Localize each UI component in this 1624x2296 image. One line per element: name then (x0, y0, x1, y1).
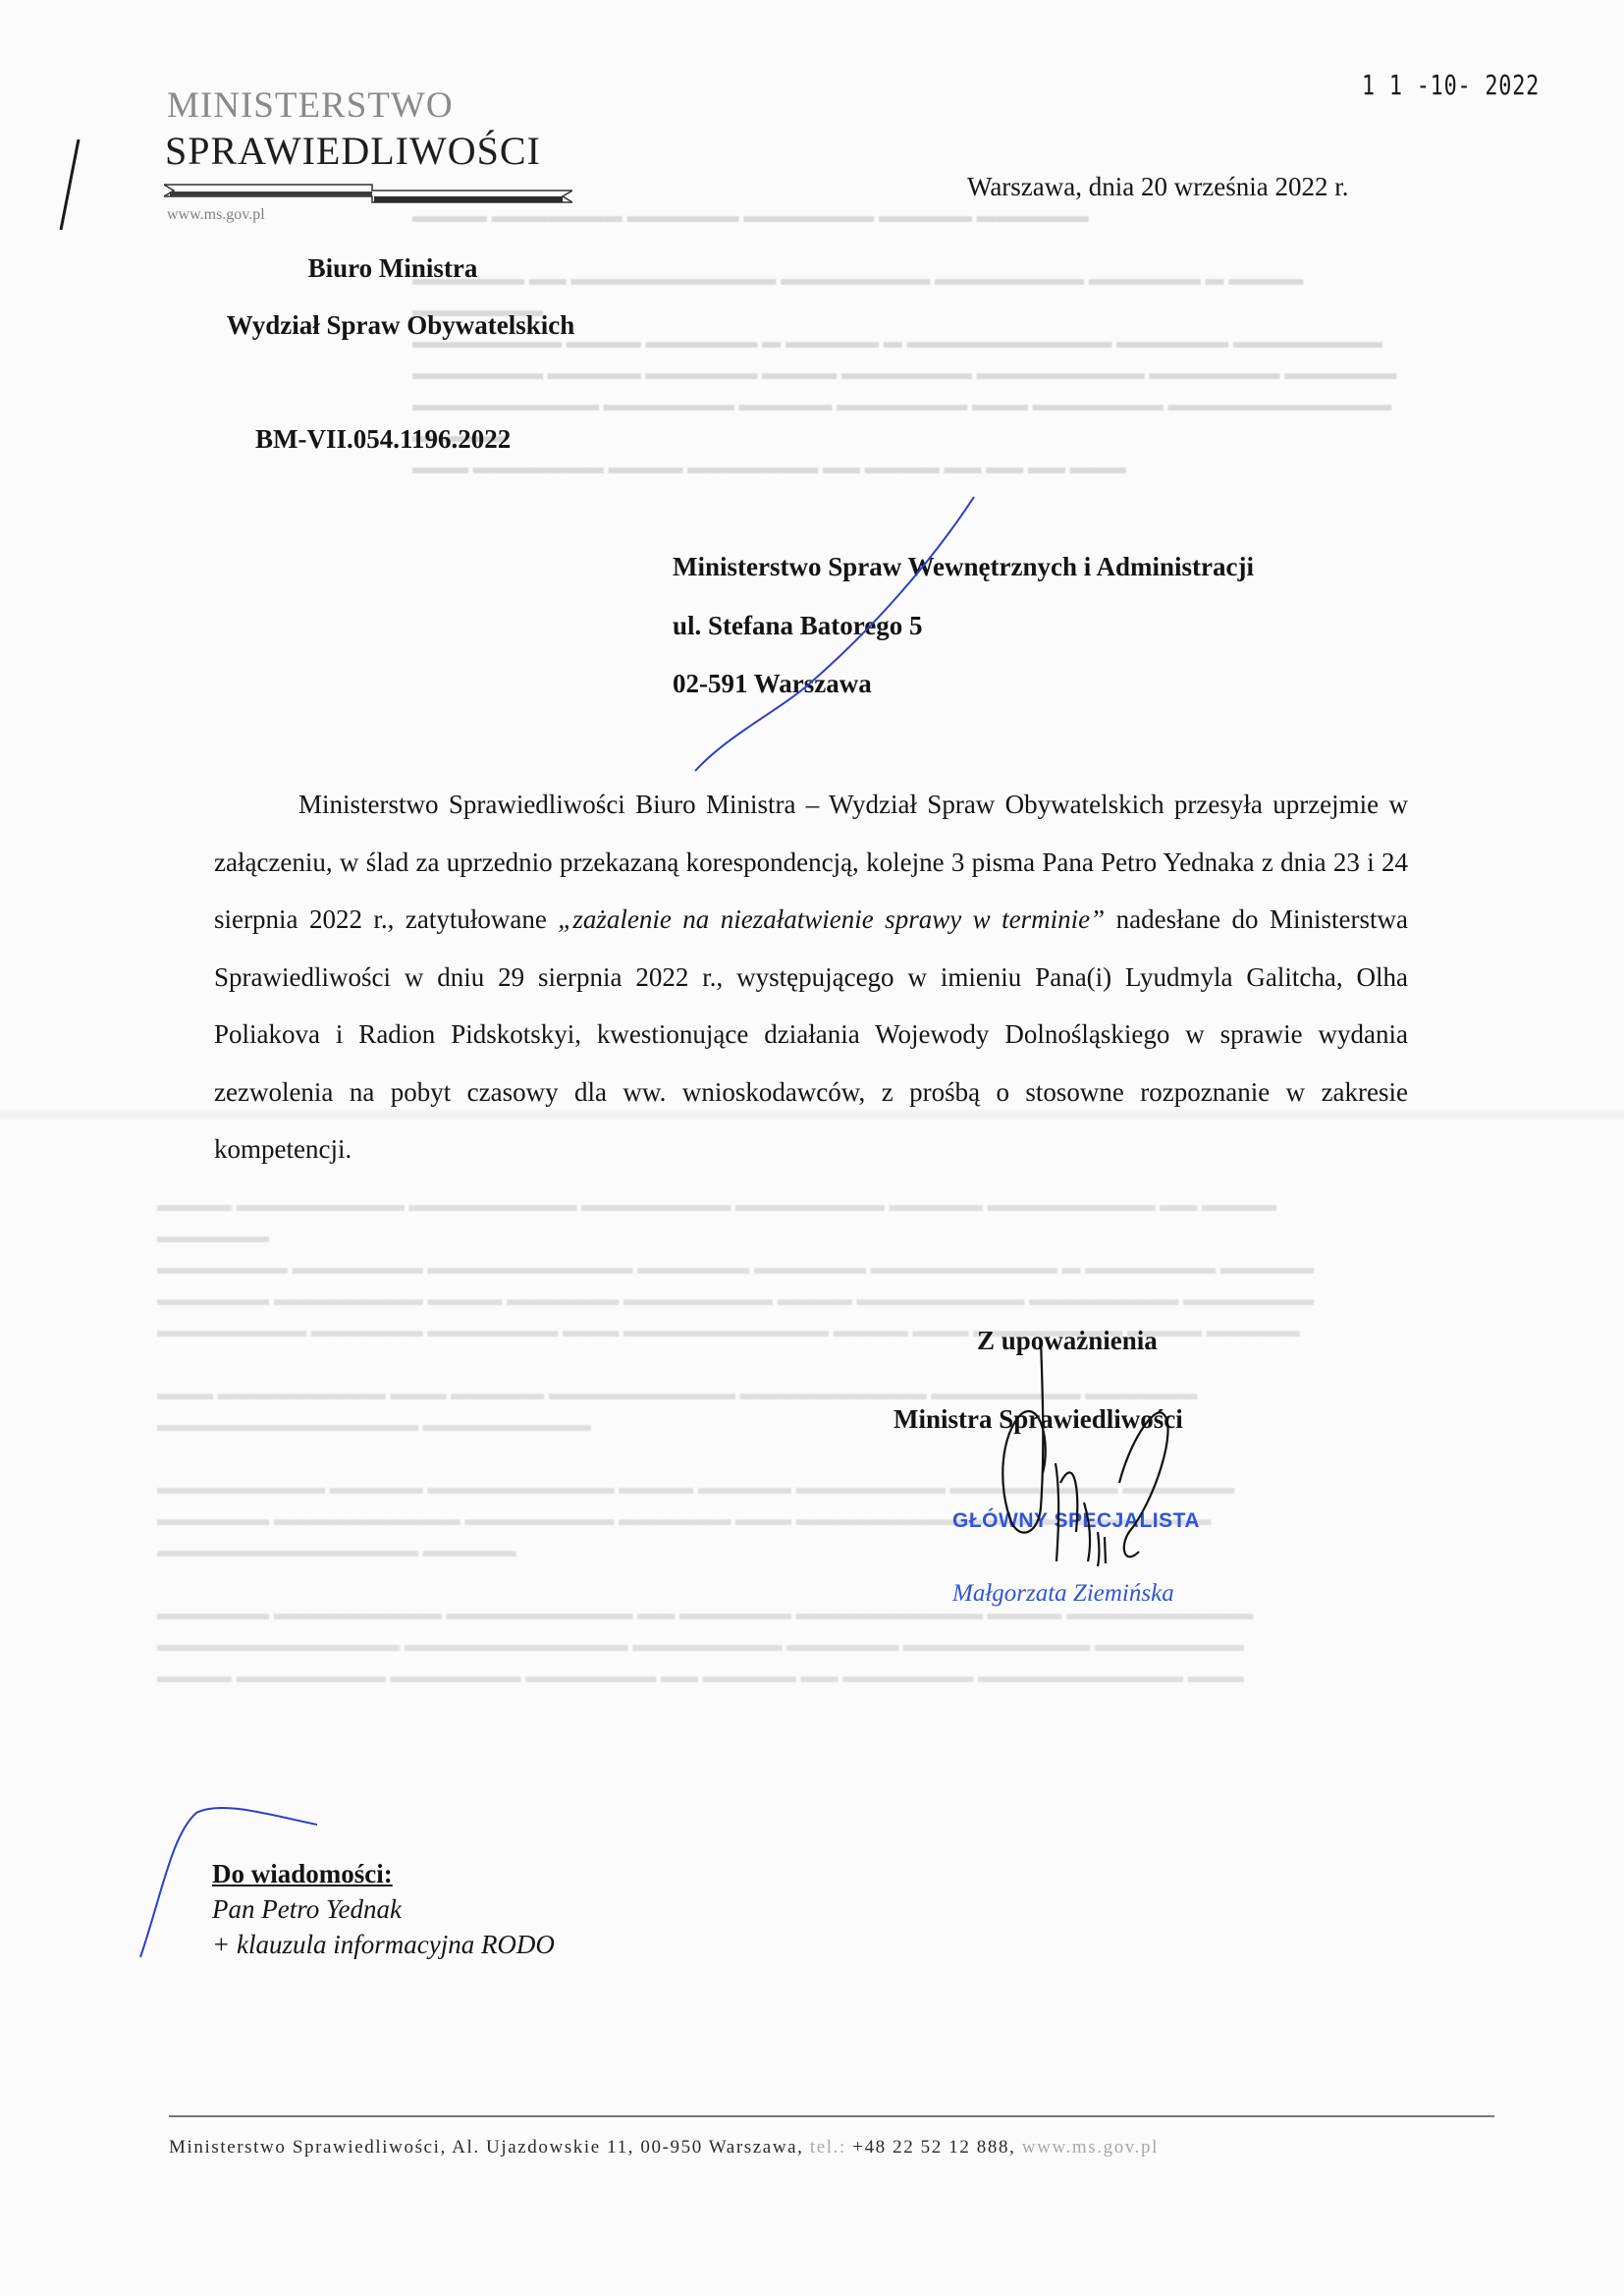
footer-divider (169, 2115, 1494, 2117)
letter-page: ▬▬▬▬ ▬▬▬▬▬▬▬ ▬▬▬▬▬▬ ▬▬▬▬▬▬▬ ▬▬▬▬▬ ▬▬▬▬▬▬… (0, 0, 1624, 2296)
reference-number: BM-VII.054.1196.2022 (255, 424, 511, 455)
letterhead-ribbon-icon (164, 183, 572, 204)
place-and-date: Warszawa, dnia 20 września 2022 r. (967, 172, 1348, 202)
handwritten-signature-icon (982, 1336, 1218, 1581)
footer-contact: Ministerstwo Sprawiedliwości, Al. Ujazdo… (169, 2137, 1159, 2159)
sender-department: Wydział Spraw Obywatelskich (175, 310, 626, 341)
letterhead-ministry: MINISTERSTWO (167, 84, 454, 127)
cc-item: Pan Petro Yednak (212, 1894, 402, 1925)
complaint-title: „zażalenie na niezałatwienie sprawy w te… (558, 904, 1105, 934)
letterhead-url: www.ms.gov.pl (167, 206, 265, 224)
signatory-name-stamp: Małgorzata Ziemińska (952, 1580, 1174, 1608)
pen-mark-icon (49, 137, 88, 236)
pen-stroke-icon (687, 491, 982, 776)
letter-body: Ministerstwo Sprawiedliwości Biuro Minis… (214, 776, 1408, 1178)
bleed-through-text: ▬▬▬▬ ▬▬▬▬▬▬▬ ▬▬▬▬▬▬ ▬▬▬▬▬▬▬ ▬▬▬▬▬ ▬▬▬▬▬▬… (412, 201, 1414, 484)
cc-heading: Do wiadomości: (212, 1859, 393, 1889)
body-paragraph: Ministerstwo Sprawiedliwości Biuro Minis… (214, 776, 1408, 1178)
cc-item: + klauzula informacyjna RODO (212, 1930, 555, 1960)
letterhead-justice: SPRAWIEDLIWOŚCI (165, 128, 541, 174)
footer-url: www.ms.gov.pl (1022, 2137, 1159, 2158)
received-date-stamp: 1 1 -10- 2022 (1362, 69, 1540, 101)
sender-office: Biuro Ministra (167, 253, 619, 284)
